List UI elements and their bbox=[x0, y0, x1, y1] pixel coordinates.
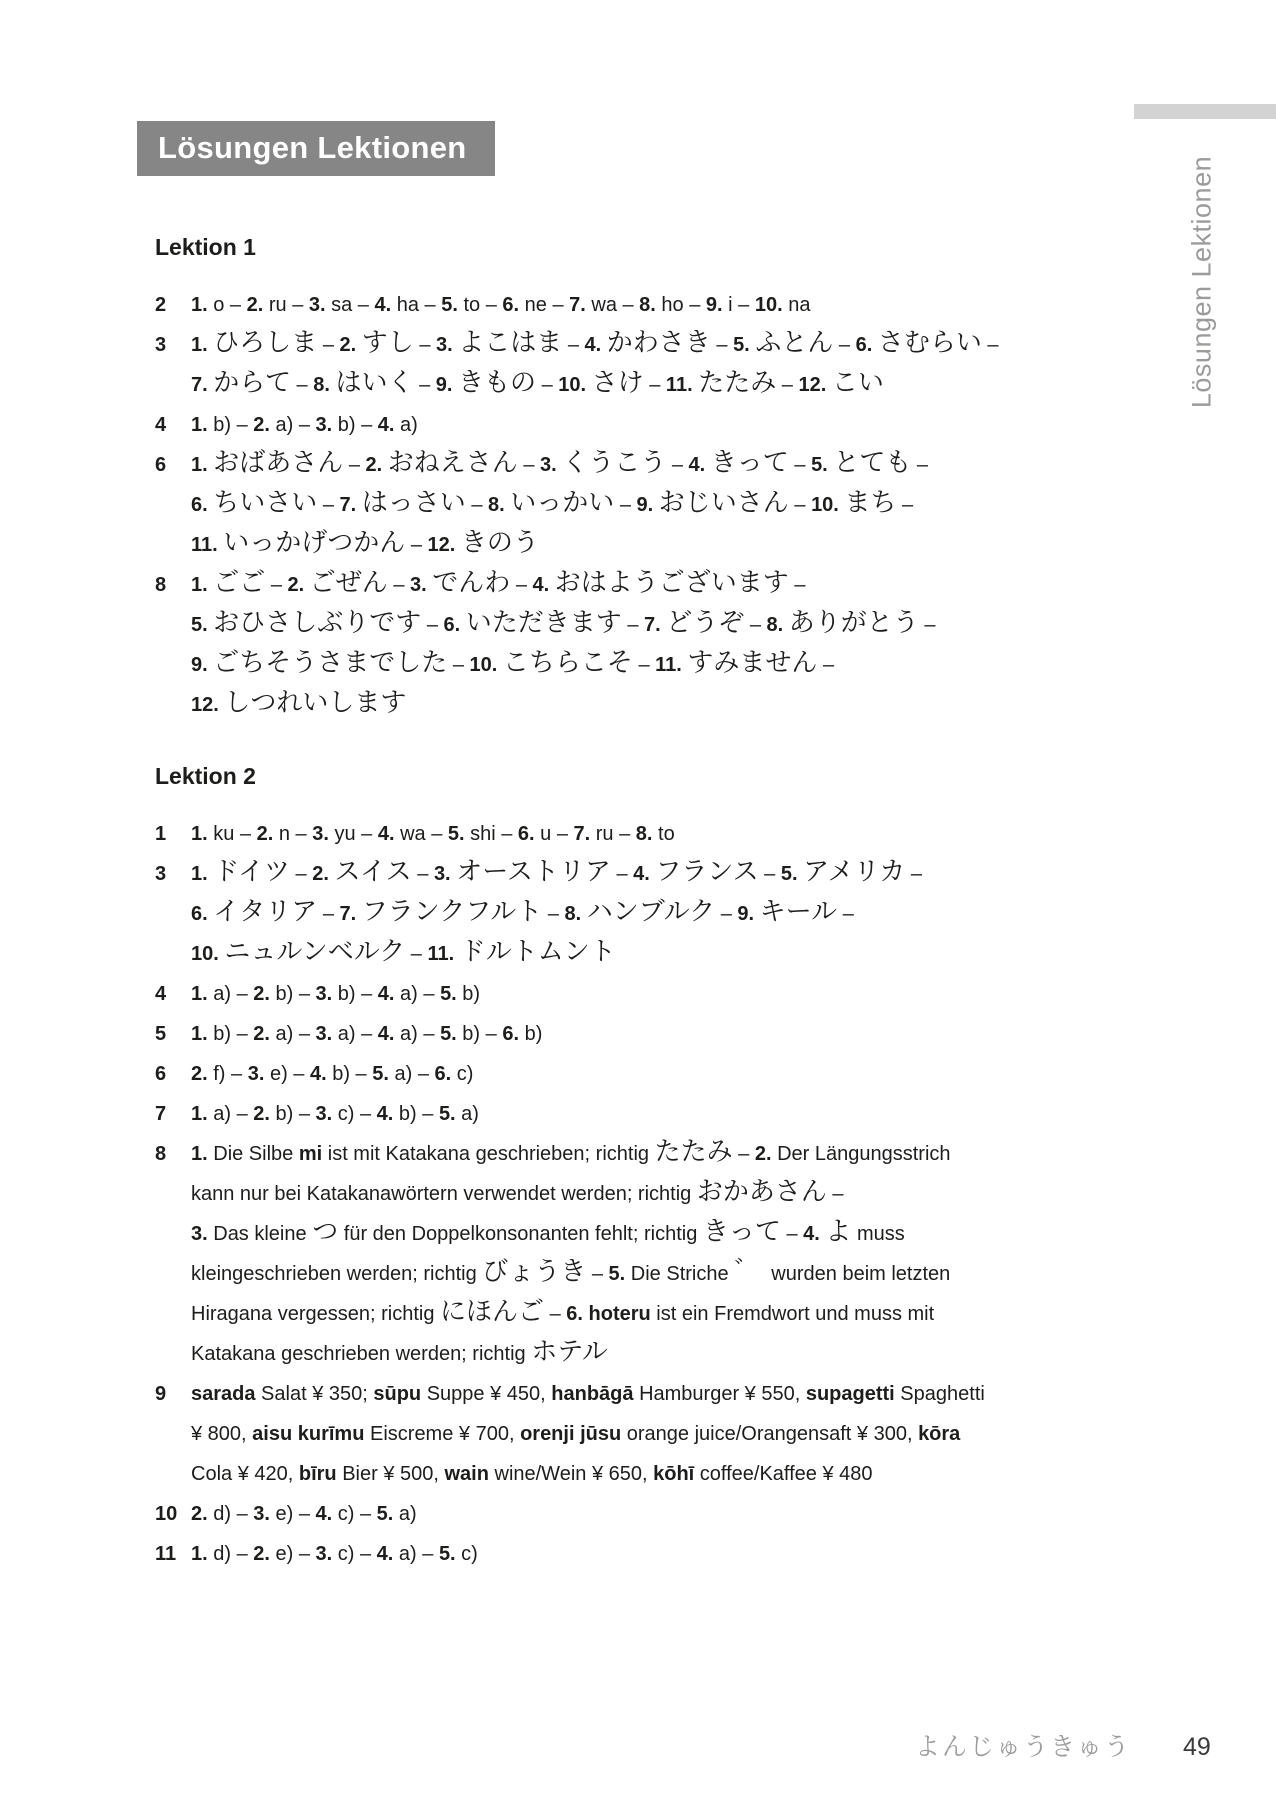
japanese-text: おはようございます bbox=[555, 568, 789, 598]
answer-item: 41. a) – 2. b) – 3. b) – 4. a) – 5. b) bbox=[155, 974, 990, 1014]
japanese-text: いただきます bbox=[466, 608, 622, 638]
japanese-text: キール bbox=[760, 897, 837, 927]
answer-line: 1. a) – 2. b) – 3. b) – 4. a) – 5. b) bbox=[191, 974, 990, 1014]
japanese-text: ふとん bbox=[755, 328, 833, 358]
task-number: 4 bbox=[155, 974, 191, 1014]
japanese-text: イタリア bbox=[213, 897, 317, 927]
answer-line: 1. ドイツ – 2. スイス – 3. オーストリア – 4. フランス – … bbox=[191, 854, 990, 894]
japanese-text: おばあさん bbox=[213, 448, 343, 478]
answer-line: 1. d) – 2. e) – 3. c) – 4. a) – 5. c) bbox=[191, 1534, 990, 1574]
answer-item: 41. b) – 2. a) – 3. b) – 4. a) bbox=[155, 405, 990, 445]
japanese-text: こちらこそ bbox=[503, 648, 633, 678]
task-number: 1 bbox=[155, 814, 191, 854]
answer-line: 1. おばあさん – 2. おねえさん – 3. くうこう – 4. きって –… bbox=[191, 445, 990, 485]
textbook-page: Lösungen Lektionen Lösungen Lektionen Le… bbox=[0, 0, 1276, 1804]
japanese-text: おかあさん bbox=[697, 1177, 827, 1207]
japanese-text: どうぞ bbox=[666, 608, 744, 638]
answer-line: 5. おひさしぶりです – 6. いただきます – 7. どうぞ – 8. あり… bbox=[191, 605, 990, 645]
answer-item: 9sarada Salat ¥ 350; sūpu Suppe ¥ 450, h… bbox=[155, 1374, 990, 1494]
answer-lines: 1. Die Silbe mi ist mit Katakana geschri… bbox=[191, 1134, 990, 1374]
answer-line: kann nur bei Katakanawörtern verwendet w… bbox=[191, 1174, 990, 1214]
answer-line: 1. b) – 2. a) – 3. b) – 4. a) bbox=[191, 405, 990, 445]
japanese-text: おひさしぶりです bbox=[213, 608, 421, 638]
japanese-text: スイス bbox=[334, 857, 411, 887]
answer-line: kleingeschrieben werden; richtig びょうき – … bbox=[191, 1254, 990, 1294]
japanese-text: ひろしま bbox=[213, 328, 317, 358]
japanese-text: ニュルンベルク bbox=[224, 937, 405, 967]
japanese-text: でんわ bbox=[432, 568, 510, 598]
japanese-text: こい bbox=[832, 368, 884, 398]
answer-line: 6. イタリア – 7. フランクフルト – 8. ハンブルク – 9. キール… bbox=[191, 894, 990, 934]
japanese-text: フランス bbox=[655, 857, 758, 887]
japanese-text: ありがとう bbox=[789, 608, 919, 638]
answer-item: 31. ドイツ – 2. スイス – 3. オーストリア – 4. フランス –… bbox=[155, 854, 990, 974]
lesson-section: Lektion 211. ku – 2. n – 3. yu – 4. wa –… bbox=[155, 763, 990, 1574]
task-number: 3 bbox=[155, 325, 191, 365]
answer-line: 1. o – 2. ru – 3. sa – 4. ha – 5. to – 6… bbox=[191, 285, 990, 325]
answer-line: Cola ¥ 420, bīru Bier ¥ 500, wain wine/W… bbox=[191, 1454, 990, 1494]
task-number: 11 bbox=[155, 1534, 191, 1574]
margin-vertical-title: Lösungen Lektionen bbox=[1187, 156, 1218, 408]
japanese-text: にほんご bbox=[440, 1297, 544, 1327]
japanese-text: おねえさん bbox=[388, 448, 518, 478]
answer-item: 31. ひろしま – 2. すし – 3. よこはま – 4. かわさき – 5… bbox=[155, 325, 990, 405]
task-number: 6 bbox=[155, 1054, 191, 1094]
answer-line: 10. ニュルンベルク – 11. ドルトムント bbox=[191, 934, 990, 974]
task-number: 5 bbox=[155, 1014, 191, 1054]
japanese-text: さむらい bbox=[878, 328, 982, 358]
japanese-text: オーストリア bbox=[456, 857, 611, 887]
answer-line: 1. ごご – 2. ごぜん – 3. でんわ – 4. おはようございます – bbox=[191, 565, 990, 605]
japanese-text: とても bbox=[833, 448, 911, 478]
answer-line: Katakana geschrieben werden; richtig ホテル bbox=[191, 1334, 990, 1374]
answer-item: 61. おばあさん – 2. おねえさん – 3. くうこう – 4. きって … bbox=[155, 445, 990, 565]
section-heading: Lektion 2 bbox=[155, 763, 990, 790]
answer-item: 71. a) – 2. b) – 3. c) – 4. b) – 5. a) bbox=[155, 1094, 990, 1134]
page-number-reading: よんじゅうきゅう bbox=[915, 1727, 1131, 1763]
answer-line: 3. Das kleine つ für den Doppelkonsonante… bbox=[191, 1214, 990, 1254]
answer-item: 21. o – 2. ru – 3. sa – 4. ha – 5. to – … bbox=[155, 285, 990, 325]
japanese-text: ごちそうさまでした bbox=[213, 648, 447, 678]
answer-lines: 1. おばあさん – 2. おねえさん – 3. くうこう – 4. きって –… bbox=[191, 445, 990, 565]
japanese-text: さけ bbox=[592, 368, 644, 398]
page-number: 49 bbox=[1183, 1733, 1211, 1762]
japanese-text: まち bbox=[844, 488, 896, 518]
japanese-text: びょうき bbox=[482, 1257, 586, 1287]
answer-line: 7. からて – 8. はいく – 9. きもの – 10. さけ – 11. … bbox=[191, 365, 999, 405]
answer-lines: 1. o – 2. ru – 3. sa – 4. ha – 5. to – 6… bbox=[191, 285, 990, 325]
task-number: 10 bbox=[155, 1494, 191, 1534]
answer-lines: 2. d) – 3. e) – 4. c) – 5. a) bbox=[191, 1494, 990, 1534]
answer-lines: 1. b) – 2. a) – 3. a) – 4. a) – 5. b) – … bbox=[191, 1014, 990, 1054]
task-number: 2 bbox=[155, 285, 191, 325]
japanese-text: よこはま bbox=[458, 328, 562, 358]
answer-lines: 1. a) – 2. b) – 3. b) – 4. a) – 5. b) bbox=[191, 974, 990, 1014]
japanese-text: しつれいします bbox=[224, 688, 406, 718]
answer-line: 2. f) – 3. e) – 4. b) – 5. a) – 6. c) bbox=[191, 1054, 990, 1094]
answer-item: 51. b) – 2. a) – 3. a) – 4. a) – 5. b) –… bbox=[155, 1014, 990, 1054]
japanese-text: はっさい bbox=[362, 488, 466, 518]
answer-lines: 1. b) – 2. a) – 3. b) – 4. a) bbox=[191, 405, 990, 445]
answer-lines: 1. ひろしま – 2. すし – 3. よこはま – 4. かわさき – 5.… bbox=[191, 325, 999, 405]
answer-line: 2. d) – 3. e) – 4. c) – 5. a) bbox=[191, 1494, 990, 1534]
answer-lines: 1. ku – 2. n – 3. yu – 4. wa – 5. shi – … bbox=[191, 814, 990, 854]
answer-item: 81. ごご – 2. ごぜん – 3. でんわ – 4. おはようございます … bbox=[155, 565, 990, 725]
japanese-text: ごご bbox=[213, 568, 265, 598]
answer-item: 11. ku – 2. n – 3. yu – 4. wa – 5. shi –… bbox=[155, 814, 990, 854]
japanese-text: はいく bbox=[336, 368, 414, 398]
japanese-text: ドルトムント bbox=[460, 937, 616, 967]
answer-line: 12. しつれいします bbox=[191, 685, 990, 725]
answer-line: 1. ひろしま – 2. すし – 3. よこはま – 4. かわさき – 5.… bbox=[191, 325, 999, 365]
task-number: 3 bbox=[155, 854, 191, 894]
task-number: 7 bbox=[155, 1094, 191, 1134]
answer-line: 1. ku – 2. n – 3. yu – 4. wa – 5. shi – … bbox=[191, 814, 990, 854]
answer-lines: 1. a) – 2. b) – 3. c) – 4. b) – 5. a) bbox=[191, 1094, 990, 1134]
answer-line: 1. a) – 2. b) – 3. c) – 4. b) – 5. a) bbox=[191, 1094, 990, 1134]
answer-line: 11. いっかげつかん – 12. きのう bbox=[191, 525, 990, 565]
page-footer: よんじゅうきゅう 49 bbox=[915, 1727, 1211, 1763]
japanese-text: からて bbox=[213, 368, 291, 398]
lesson-section: Lektion 121. o – 2. ru – 3. sa – 4. ha –… bbox=[155, 234, 990, 725]
japanese-text: きもの bbox=[458, 368, 536, 398]
answer-lines: 1. ごご – 2. ごぜん – 3. でんわ – 4. おはようございます –… bbox=[191, 565, 990, 725]
answer-line: Hiragana vergessen; richtig にほんご – 6. ho… bbox=[191, 1294, 990, 1334]
page-title-banner: Lösungen Lektionen bbox=[137, 121, 495, 176]
japanese-text: きって bbox=[703, 1217, 781, 1247]
japanese-text: おじいさん bbox=[659, 488, 789, 518]
answer-lines: 1. ドイツ – 2. スイス – 3. オーストリア – 4. フランス – … bbox=[191, 854, 990, 974]
answer-lines: 2. f) – 3. e) – 4. b) – 5. a) – 6. c) bbox=[191, 1054, 990, 1094]
answer-lines: 1. d) – 2. e) – 3. c) – 4. a) – 5. c) bbox=[191, 1534, 990, 1574]
task-number: 8 bbox=[155, 565, 191, 605]
japanese-text: かわさき bbox=[607, 328, 711, 358]
task-number: 6 bbox=[155, 445, 191, 485]
japanese-text: ハンブルク bbox=[587, 897, 715, 927]
japanese-text: ドイツ bbox=[213, 857, 290, 887]
japanese-text: いっかげつかん bbox=[223, 528, 405, 558]
japanese-text: くうこう bbox=[562, 448, 666, 478]
solutions-content: Lektion 121. o – 2. ru – 3. sa – 4. ha –… bbox=[155, 234, 990, 1574]
answer-line: ¥ 800, aisu kurīmu Eiscreme ¥ 700, orenj… bbox=[191, 1414, 990, 1454]
answer-item: 62. f) – 3. e) – 4. b) – 5. a) – 6. c) bbox=[155, 1054, 990, 1094]
answer-line: 1. b) – 2. a) – 3. a) – 4. a) – 5. b) – … bbox=[191, 1014, 990, 1054]
answer-item: 81. Die Silbe mi ist mit Katakana geschr… bbox=[155, 1134, 990, 1374]
section-heading: Lektion 1 bbox=[155, 234, 990, 261]
japanese-text: つ bbox=[312, 1217, 338, 1247]
japanese-text: たたみ bbox=[655, 1137, 733, 1167]
japanese-text: ちいさい bbox=[213, 488, 317, 518]
japanese-text: たたみ bbox=[698, 368, 776, 398]
answer-item: 111. d) – 2. e) – 3. c) – 4. a) – 5. c) bbox=[155, 1534, 990, 1574]
japanese-text: きのう bbox=[461, 528, 539, 558]
task-number: 8 bbox=[155, 1134, 191, 1174]
answer-line: 1. Die Silbe mi ist mit Katakana geschri… bbox=[191, 1134, 990, 1174]
japanese-text: ゛ bbox=[734, 1257, 760, 1287]
japanese-text: アメリカ bbox=[803, 857, 905, 887]
japanese-text: いっかい bbox=[510, 488, 614, 518]
answer-lines: sarada Salat ¥ 350; sūpu Suppe ¥ 450, ha… bbox=[191, 1374, 990, 1494]
japanese-text: フランクフルト bbox=[362, 897, 542, 927]
japanese-text: よ bbox=[825, 1217, 851, 1247]
japanese-text: ごぜん bbox=[310, 568, 388, 598]
japanese-text: きって bbox=[711, 448, 789, 478]
answer-line: 9. ごちそうさまでした – 10. こちらこそ – 11. すみません – bbox=[191, 645, 990, 685]
answer-line: sarada Salat ¥ 350; sūpu Suppe ¥ 450, ha… bbox=[191, 1374, 990, 1414]
page-title: Lösungen Lektionen bbox=[158, 130, 467, 165]
japanese-text: すみません bbox=[687, 648, 817, 678]
japanese-text: ホテル bbox=[531, 1337, 608, 1367]
task-number: 9 bbox=[155, 1374, 191, 1414]
answer-line: 6. ちいさい – 7. はっさい – 8. いっかい – 9. おじいさん –… bbox=[191, 485, 990, 525]
chapter-index-tab bbox=[1134, 104, 1276, 119]
task-number: 4 bbox=[155, 405, 191, 445]
japanese-text: すし bbox=[362, 328, 414, 358]
answer-item: 102. d) – 3. e) – 4. c) – 5. a) bbox=[155, 1494, 990, 1534]
